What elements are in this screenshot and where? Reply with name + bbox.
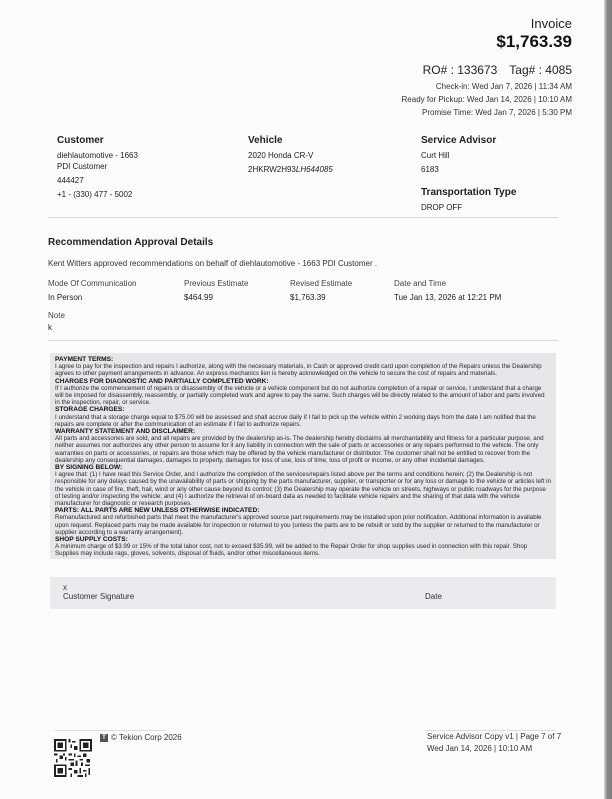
- footer-divider: [55, 730, 165, 731]
- customer-name-line1: diehlautomotive - 1663: [57, 150, 138, 161]
- vin-prefix: 2HKRW2H93: [248, 165, 296, 174]
- service-advisor-id: 6183: [421, 164, 516, 175]
- customer-phone: +1 - (330) 477 - 5002: [57, 189, 138, 200]
- tag-number: Tag# : 4085: [509, 63, 572, 77]
- recommendation-description: Kent Witters approved recommendations on…: [48, 259, 377, 268]
- customer-id: 444427: [57, 175, 138, 186]
- terms-text: I agree to pay for the inspection and re…: [55, 363, 551, 377]
- copyright-text: © Tekion Corp 2026: [111, 733, 182, 742]
- customer-signature-label: Customer Signature: [63, 592, 134, 601]
- terms-heading: BY SIGNING BELOW:: [55, 464, 551, 471]
- qr-code-icon: [54, 739, 92, 777]
- vehicle-model: 2020 Honda CR-V: [248, 150, 333, 161]
- rec-field-label: Date and Time: [394, 278, 564, 290]
- vin-suffix: LH644085: [296, 165, 333, 174]
- terms-heading: SHOP SUPPLY COSTS:: [55, 536, 551, 543]
- promise-time: Promise Time: Wed Jan 7, 2026 | 5:30 PM: [402, 106, 572, 119]
- copyright: T © Tekion Corp 2026: [100, 733, 182, 742]
- customer-heading: Customer: [57, 134, 138, 147]
- terms-text: I agree that: (1) I have read this Servi…: [55, 471, 551, 507]
- vehicle-block: Vehicle 2020 Honda CR-V 2HKRW2H93LH64408…: [248, 134, 333, 175]
- terms-heading: PAYMENT TERMS:: [55, 356, 551, 363]
- rec-field-value: In Person: [48, 292, 188, 304]
- rec-field-label: Mode Of Communication: [48, 278, 188, 290]
- printed-timestamp: Wed Jan 14, 2026 | 10:10 AM: [427, 743, 561, 755]
- vehicle-heading: Vehicle: [248, 134, 333, 147]
- rec-field-mode: Mode Of Communication In Person: [48, 278, 188, 304]
- rec-field-value: Tue Jan 13, 2026 at 12:21 PM: [394, 292, 564, 304]
- terms-text: If I authorize the commencement of repai…: [55, 385, 551, 407]
- terms-heading: CHARGES FOR DIAGNOSTIC AND PARTIALLY COM…: [55, 378, 551, 385]
- terms-text: I understand that a storage charge equal…: [55, 414, 551, 428]
- recommendation-title: Recommendation Approval Details: [48, 237, 213, 248]
- note-block: Note k: [48, 310, 65, 334]
- rec-field-date-time: Date and Time Tue Jan 13, 2026 at 12:21 …: [394, 278, 564, 304]
- transport-value: DROP OFF: [421, 202, 516, 213]
- vehicle-vin: 2HKRW2H93LH644085: [248, 164, 333, 175]
- service-advisor-name: Curt Hill: [421, 150, 516, 161]
- service-advisor-heading: Service Advisor: [421, 134, 516, 147]
- divider: [48, 217, 558, 218]
- terms-heading: PARTS: ALL PARTS ARE NEW UNLESS OTHERWIS…: [55, 507, 551, 514]
- terms-heading: STORAGE CHARGES:: [55, 406, 551, 413]
- footer-info: Service Advisor Copy v1 | Page 7 of 7 We…: [427, 731, 561, 755]
- ready-for-pickup-time: Ready for Pickup: Wed Jan 14, 2026 | 10:…: [402, 93, 572, 106]
- terms-text: Remanufactured and refurbished parts tha…: [55, 514, 551, 536]
- signature-area[interactable]: x Customer Signature Date: [50, 577, 556, 609]
- terms-heading: WARRANTY STATEMENT AND DISCLAIMER:: [55, 428, 551, 435]
- customer-block: Customer diehlautomotive - 1663 PDI Cust…: [57, 134, 138, 200]
- terms-text: A minimum charge of $3.99 or 15% of the …: [55, 543, 551, 557]
- signature-x-mark: x: [63, 583, 67, 592]
- signature-date-label: Date: [425, 592, 442, 601]
- ro-tag-line: RO# : 133673Tag# : 4085: [402, 63, 572, 78]
- copy-page-info: Service Advisor Copy v1 | Page 7 of 7: [427, 731, 561, 743]
- divider: [48, 340, 558, 341]
- note-label: Note: [48, 310, 65, 322]
- invoice-header: Invoice $1,763.39 RO# : 133673Tag# : 408…: [402, 14, 572, 119]
- service-advisor-block: Service Advisor Curt Hill 6183 Transport…: [421, 134, 516, 213]
- transport-heading: Transportation Type: [421, 186, 516, 199]
- scan-edge: [604, 0, 612, 799]
- invoice-total: $1,763.39: [402, 32, 572, 52]
- terms-and-conditions: PAYMENT TERMS: I agree to pay for the in…: [50, 353, 556, 559]
- ro-number: RO# : 133673: [423, 63, 498, 77]
- tekion-logo-icon: T: [100, 734, 108, 742]
- customer-name-line2: PDI Customer: [57, 161, 138, 172]
- terms-text: All parts and accessories are sold, and …: [55, 435, 551, 464]
- note-value: k: [48, 322, 65, 334]
- check-in-time: Check-in: Wed Jan 7, 2026 | 11:34 AM: [402, 80, 572, 93]
- doc-type: Invoice: [402, 16, 572, 32]
